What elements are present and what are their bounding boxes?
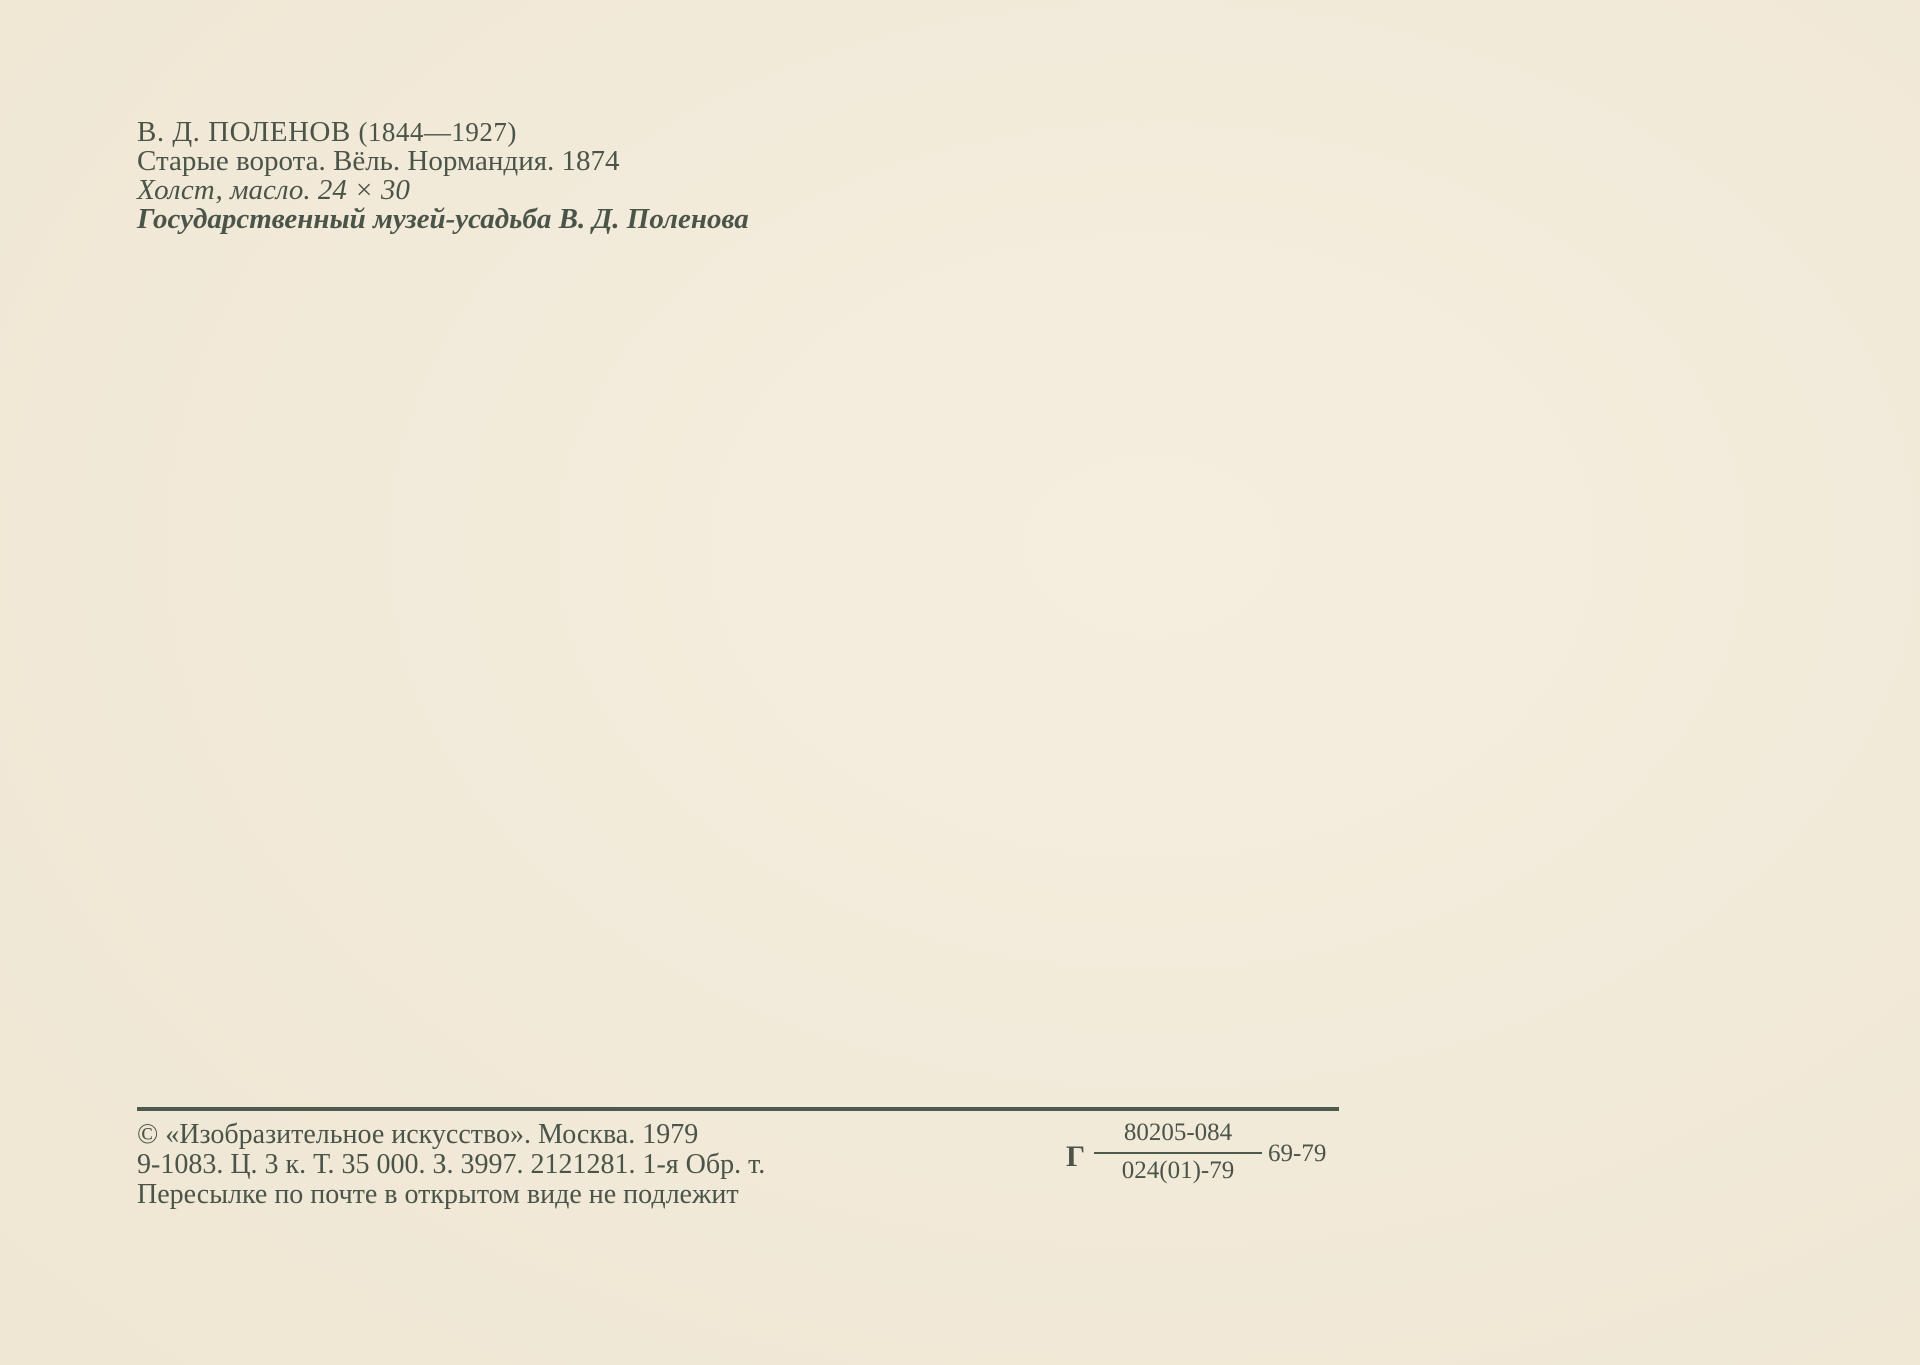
author-line: В. Д. ПОЛЕНОВ (1844—1927)	[137, 118, 749, 147]
author-name: В. Д. ПОЛЕНОВ	[137, 116, 351, 148]
index-code: Г 80205-084 024(01)-79 69-79	[1066, 1118, 1346, 1198]
print-info-line: 9-1083. Ц. 3 к. Т. 35 000. З. 3997. 2121…	[137, 1150, 765, 1180]
index-letter: Г	[1066, 1140, 1085, 1174]
fraction-bar	[1094, 1152, 1262, 1154]
index-denominator: 024(01)-79	[1094, 1156, 1262, 1186]
author-dates: (1844—1927)	[358, 117, 516, 147]
imprint-block: © «Изобразительное искусство». Москва. 1…	[137, 1120, 765, 1210]
index-fraction: 80205-084 024(01)-79	[1094, 1118, 1262, 1186]
index-numerator: 80205-084	[1094, 1118, 1262, 1150]
artwork-title: Старые ворота. Вёль. Нормандия. 1874	[137, 147, 749, 176]
postal-note-line: Пересылке по почте в открытом виде не по…	[137, 1180, 765, 1210]
artwork-medium: Холст, масло. 24 × 30	[137, 176, 749, 205]
index-suffix: 69-79	[1268, 1140, 1326, 1168]
divider-rule	[137, 1107, 1339, 1111]
caption-block: В. Д. ПОЛЕНОВ (1844—1927) Старые ворота.…	[137, 118, 749, 234]
publisher-line: © «Изобразительное искусство». Москва. 1…	[137, 1120, 765, 1150]
artwork-collection: Государственный музей-усадьба В. Д. Поле…	[137, 205, 749, 234]
